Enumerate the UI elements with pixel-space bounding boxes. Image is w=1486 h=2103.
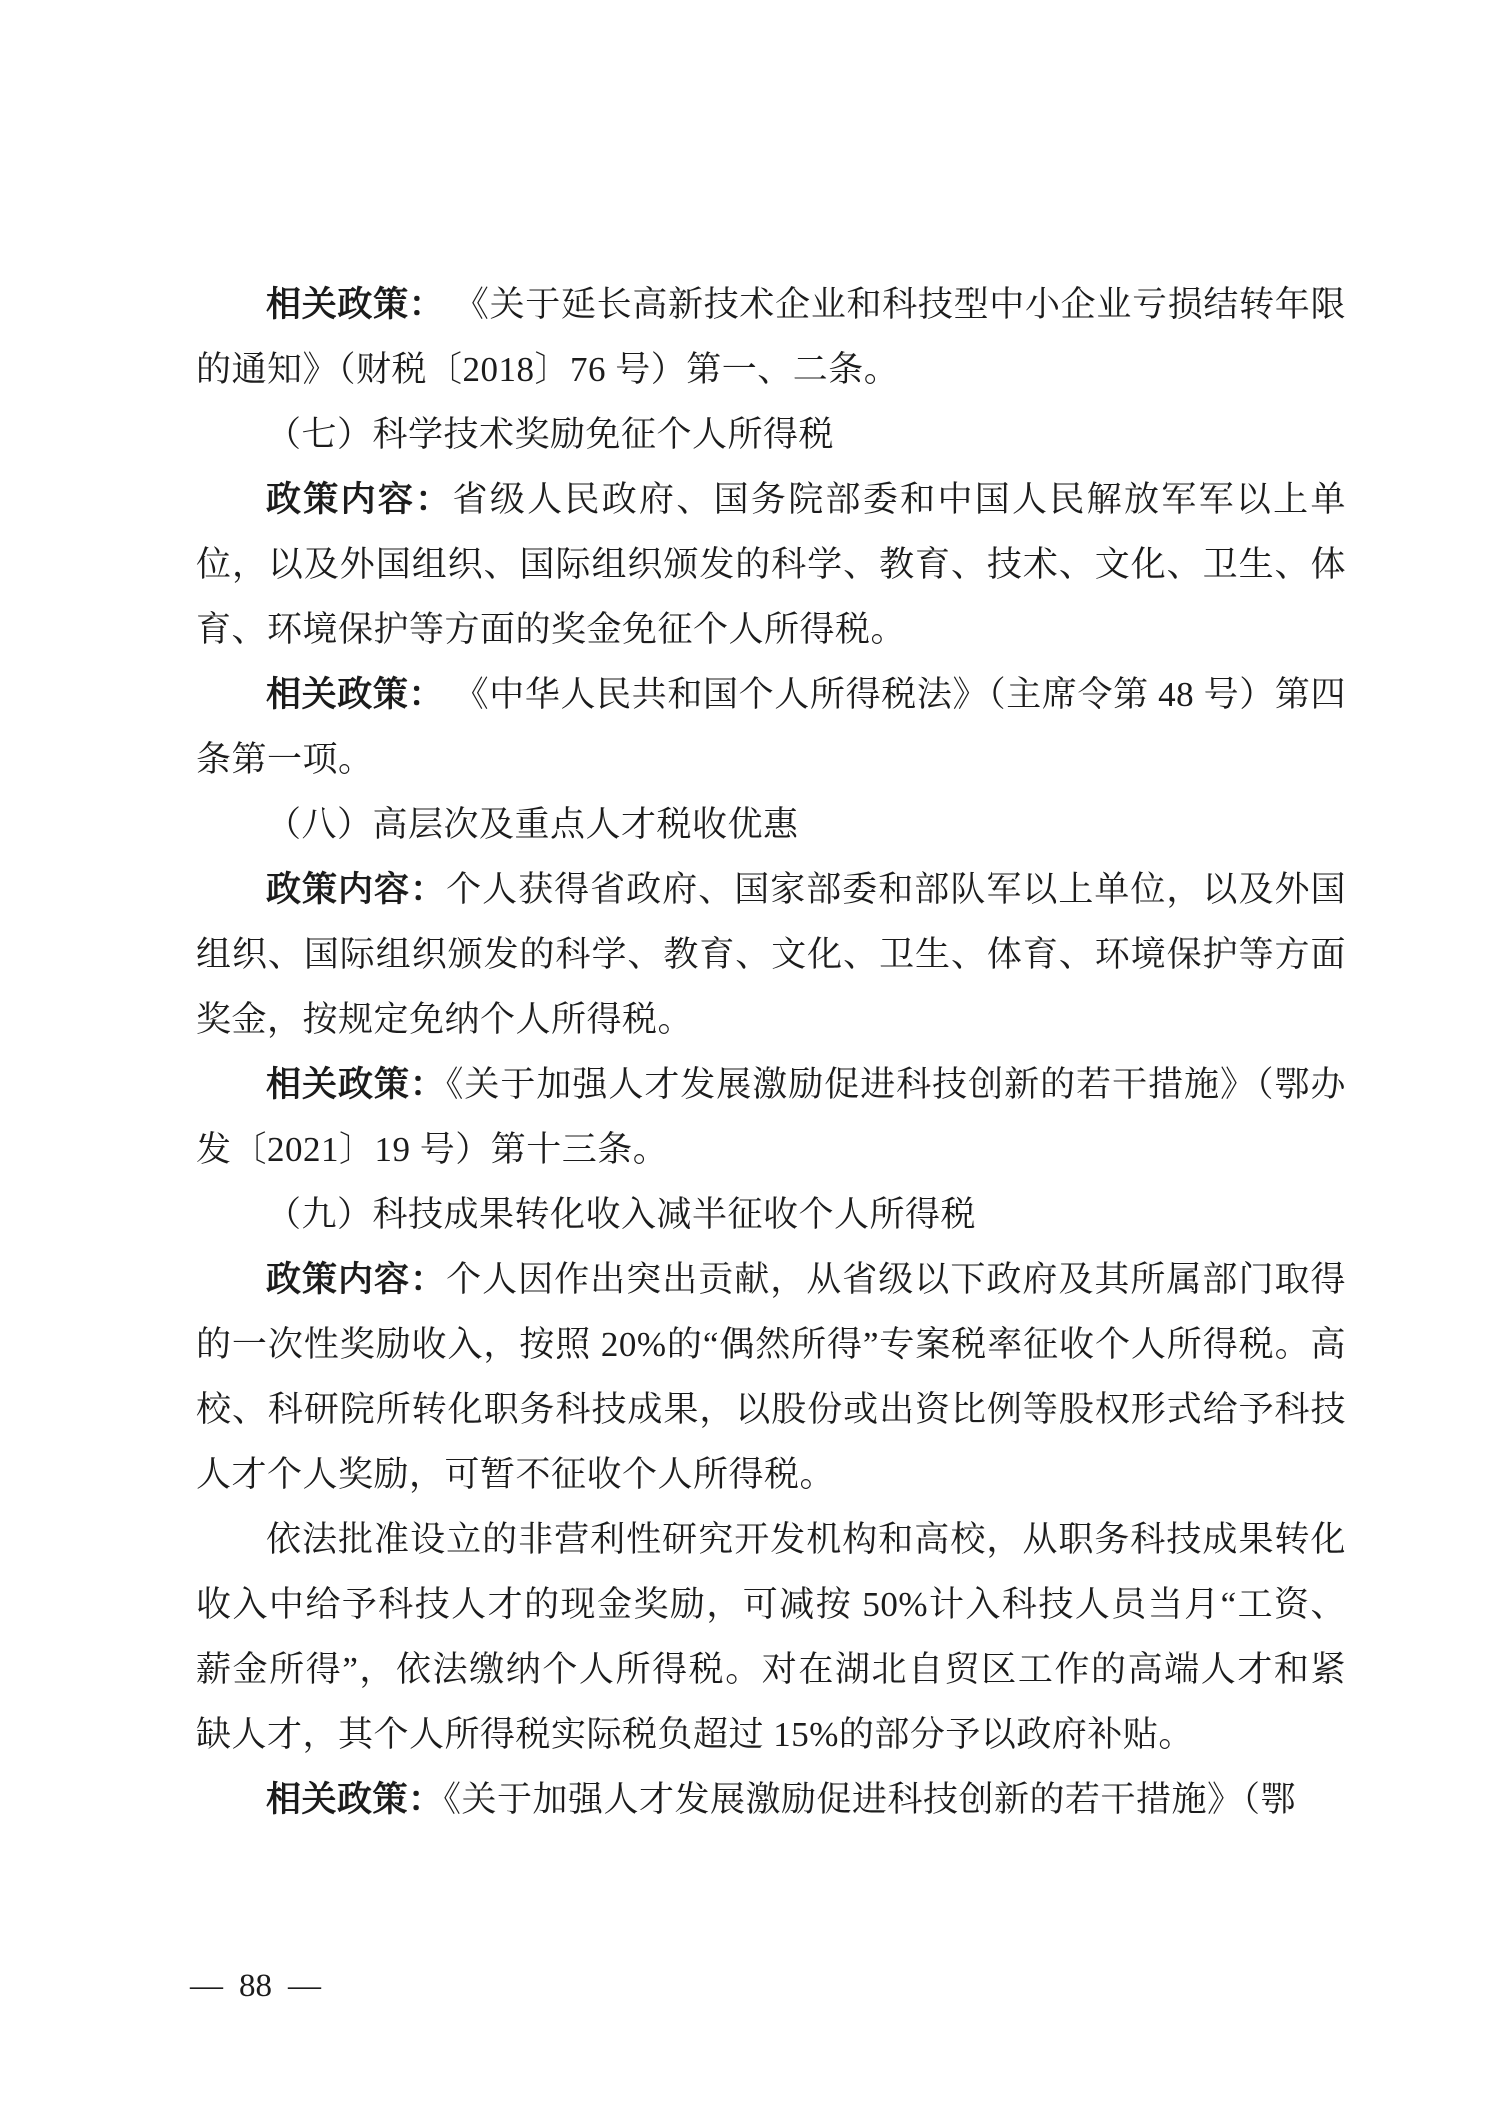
- paragraph-policy-content-8: 政策内容：个人获得省政府、国家部委和部队军以上单位，以及外国组织、国际组织颁发的…: [196, 857, 1346, 1052]
- paragraph-policy-content-7: 政策内容：省级人民政府、国务院部委和中国人民解放军军以上单位，以及外国组织、国际…: [196, 467, 1346, 662]
- paragraph-related-policy-8: 相关政策：《关于加强人才发展激励促进科技创新的若干措施》（鄂办发〔2021〕19…: [196, 1052, 1346, 1182]
- footer-dash-right: —: [288, 1968, 321, 2005]
- paragraph-related-policy-9: 相关政策：《关于加强人才发展激励促进科技创新的若干措施》（鄂: [196, 1767, 1346, 1832]
- paragraph-label: 政策内容：: [266, 1260, 446, 1299]
- paragraph-text: （九）科技成果转化收入减半征收个人所得税: [266, 1195, 976, 1234]
- paragraph-label: 相关政策：: [266, 1065, 446, 1104]
- paragraph-related-policy-1: 相关政策： 《关于延长高新技术企业和科技型中小企业亏损结转年限的通知》（财税〔2…: [196, 272, 1346, 402]
- paragraph-heading-item-9: （九）科技成果转化收入减半征收个人所得税: [196, 1182, 1346, 1247]
- document-text-block: 相关政策： 《关于延长高新技术企业和科技型中小企业亏损结转年限的通知》（财税〔2…: [196, 272, 1346, 1832]
- paragraph-label: 相关政策：: [266, 1780, 444, 1819]
- page-number: 88: [239, 1968, 272, 2005]
- paragraph-heading-item-8: （八）高层次及重点人才税收优惠: [196, 792, 1346, 857]
- paragraph-text: （七）科学技术奖励免征个人所得税: [266, 415, 834, 454]
- paragraph-text: 《关于加强人才发展激励促进科技创新的若干措施》（鄂: [444, 1780, 1297, 1819]
- paragraph-label: 政策内容：: [266, 480, 453, 519]
- paragraph-related-policy-7: 相关政策： 《中华人民共和国个人所得税法》（主席令第 48 号）第四条第一项。: [196, 662, 1346, 792]
- paragraph-text: （八）高层次及重点人才税收优惠: [266, 805, 799, 844]
- paragraph-text: 依法批准设立的非营利性研究开发机构和高校，从职务科技成果转化收入中给予科技人才的…: [196, 1520, 1346, 1754]
- paragraph-label: 政策内容：: [266, 870, 446, 909]
- page-footer: — 88 —: [190, 1968, 321, 2005]
- document-page: 相关政策： 《关于延长高新技术企业和科技型中小企业亏损结转年限的通知》（财税〔2…: [0, 0, 1486, 2103]
- paragraph-label: 相关政策：: [266, 285, 444, 324]
- paragraph-heading-item-7: （七）科学技术奖励免征个人所得税: [196, 402, 1346, 467]
- paragraph-label: 相关政策：: [266, 675, 444, 714]
- footer-dash-left: —: [190, 1968, 223, 2005]
- paragraph-policy-content-9: 政策内容：个人因作出突出贡献，从省级以下政府及其所属部门取得的一次性奖励收入，按…: [196, 1247, 1346, 1507]
- paragraph-policy-content-9-continued: 依法批准设立的非营利性研究开发机构和高校，从职务科技成果转化收入中给予科技人才的…: [196, 1507, 1346, 1767]
